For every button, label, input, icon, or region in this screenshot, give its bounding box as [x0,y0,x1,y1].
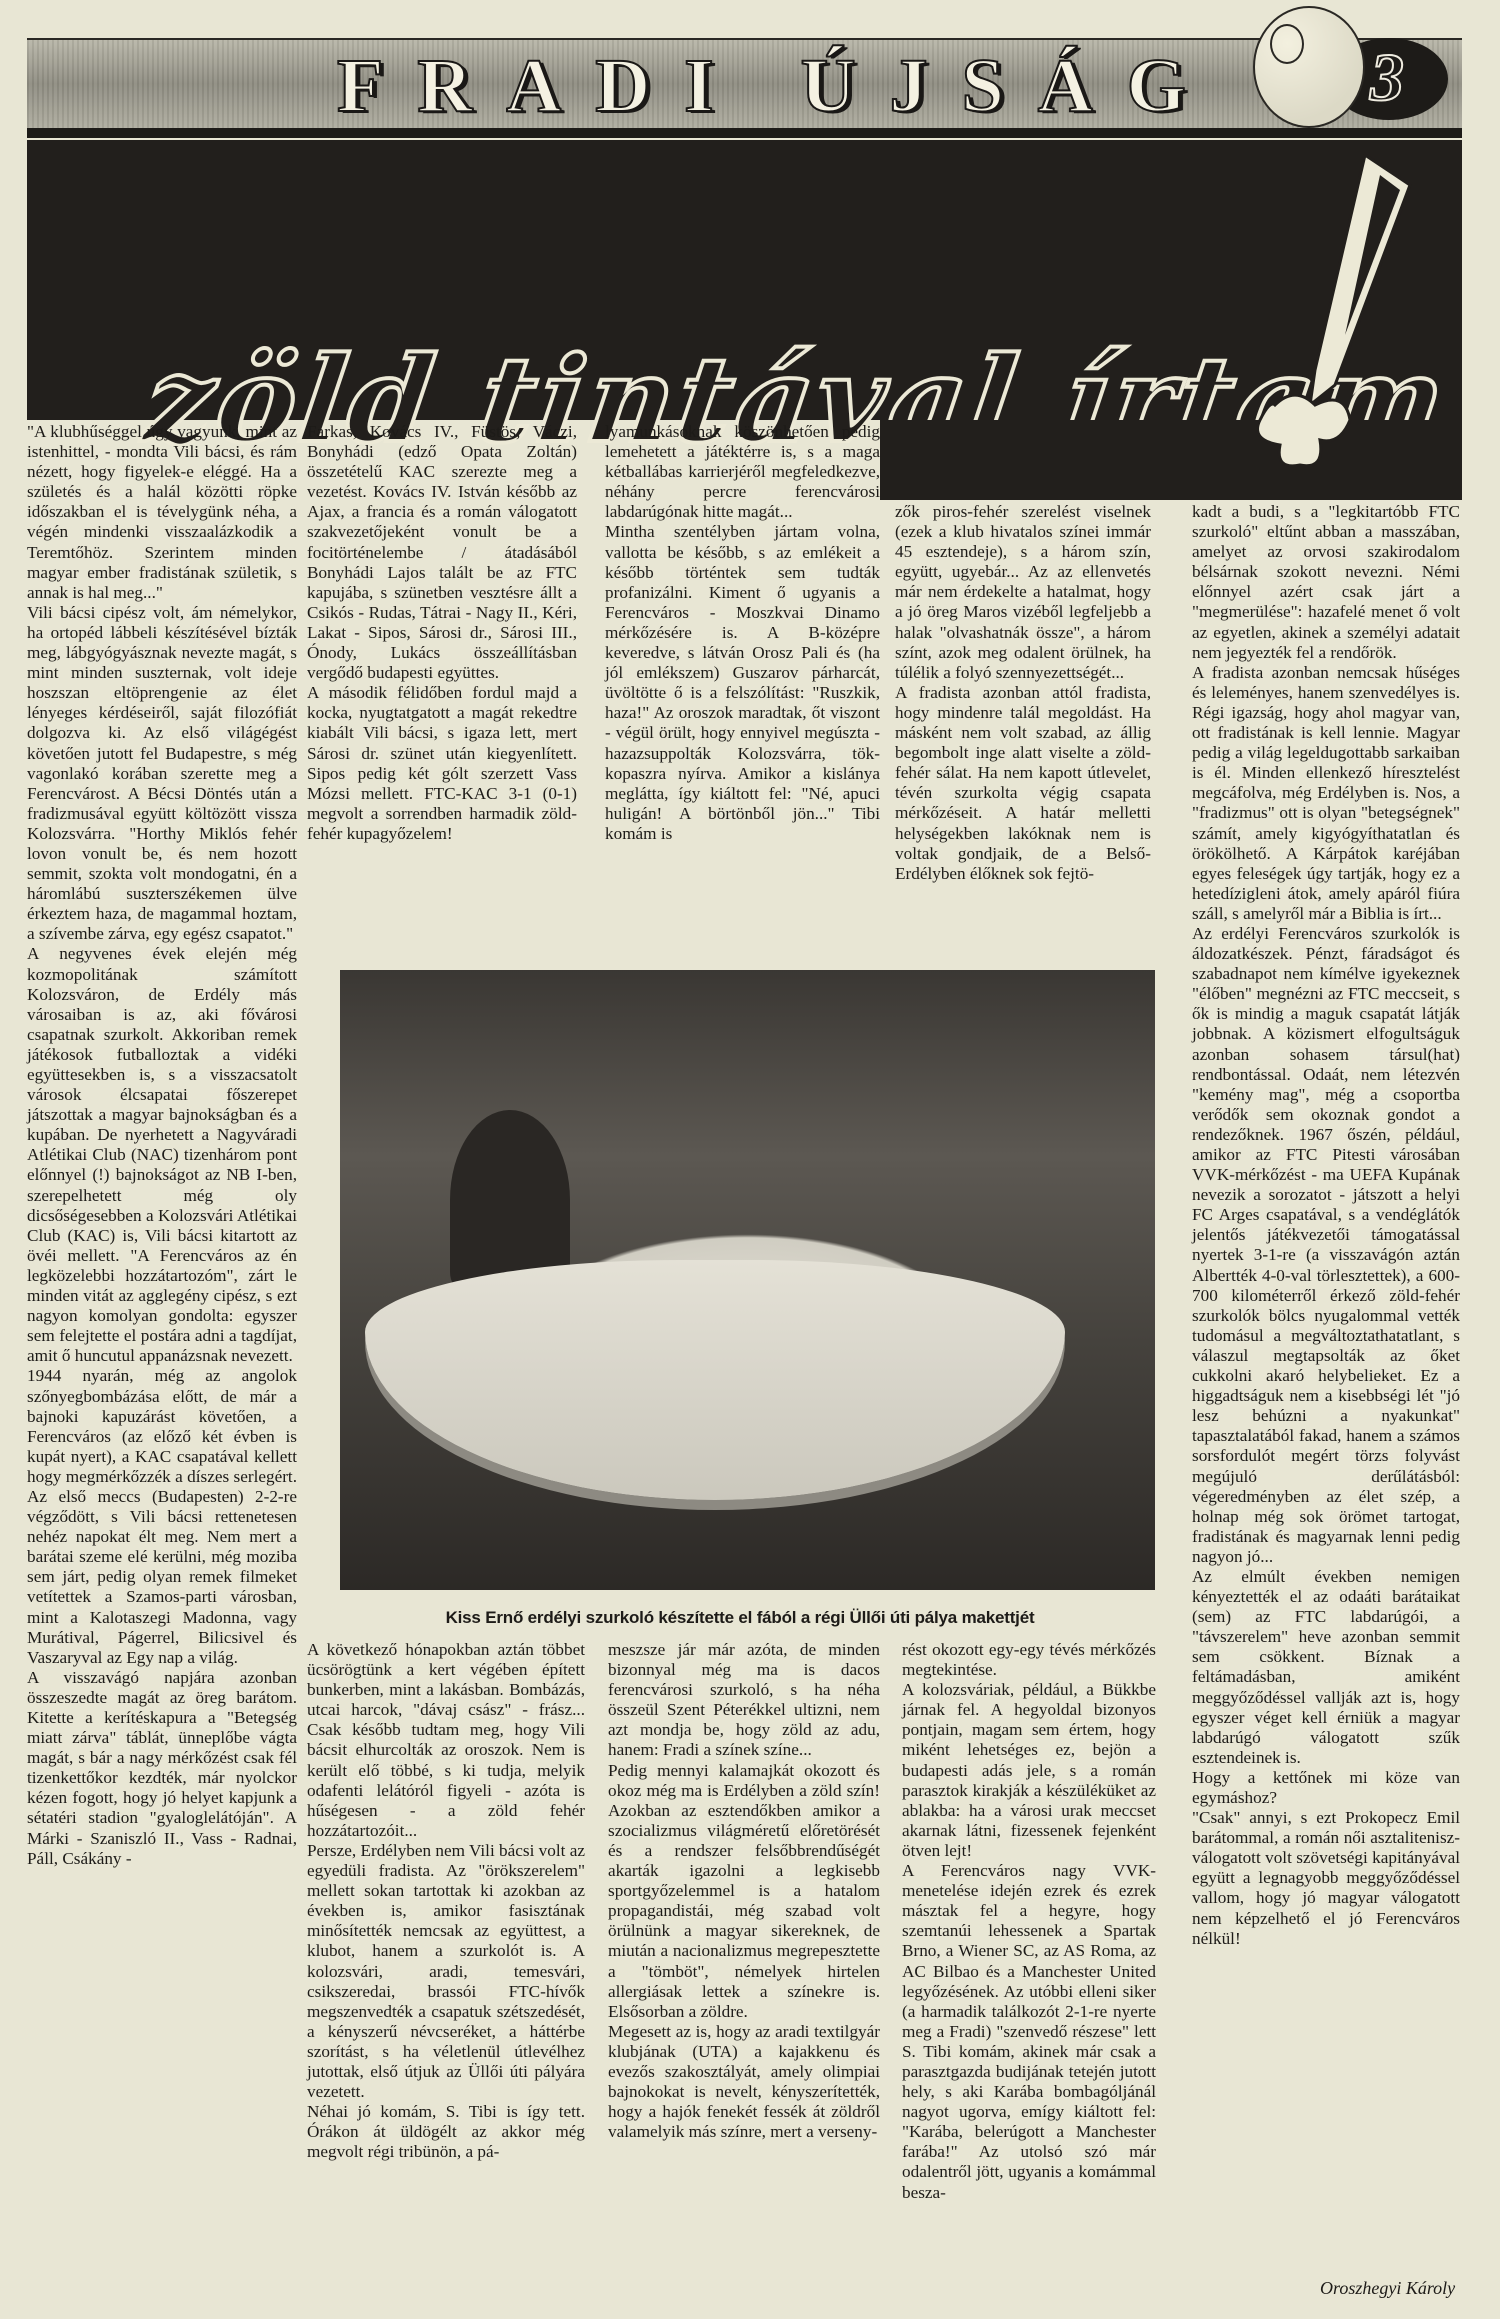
paragraph: A Ferencváros nagy VVK-menetelése idején… [902,1861,1156,2203]
paragraph: Néhai jó komám, S. Tibi is így tett. Órá… [307,2102,585,2162]
photo-caption: Kiss Ernő erdélyi szurkoló készítette el… [330,1608,1150,1628]
article-column-8: rést okozott egy-egy tévés mérkőzés megt… [902,1640,1156,2203]
paragraph: Hogy a kettőnek mi köze van egymáshoz? [1192,1768,1460,1808]
paragraph: A fradista azonban attól fradista, hogy … [895,683,1151,884]
paragraph: lyamunkásoknak köszönhetően pedig lemehe… [605,422,880,522]
author-byline: Oroszhegyi Károly [1320,2278,1455,2299]
paragraph: zők piros-fehér szerelést viselnek (ezek… [895,502,1151,683]
ball-icon [1253,6,1365,128]
paragraph: A fradista azonban nemcsak hűséges és le… [1192,663,1460,924]
article-column-7: meszsze jár már azóta, de minden bizonny… [608,1640,880,2142]
paragraph: "Csak" annyi, s ezt Prokopecz Emil barát… [1192,1808,1460,1949]
paragraph: kadt a budi, s a "legkitartóbb FTC szurk… [1192,502,1460,663]
article-column-6: A következő hónapokban aztán többet ücsö… [307,1640,585,2162]
paragraph: Megesett az is, hogy az aradi textilgyár… [608,2022,880,2143]
paragraph: Persze, Erdélyben nem Vili bácsi volt az… [307,1841,585,2102]
paragraph: meszsze jár már azóta, de minden bizonny… [608,1640,880,1761]
article-column-2: Farkas, Kovács IV., Füstös, Váczi, Bonyh… [307,422,577,844]
fountain-pen-icon [1215,135,1445,475]
paragraph: A negyvenes évek elején még kozmopolitán… [27,944,297,1366]
paragraph: A következő hónapokban aztán többet ücsö… [307,1640,585,1841]
article-column-4: zők piros-fehér szerelést viselnek (ezek… [895,502,1151,884]
paragraph: rést okozott egy-egy tévés mérkőzés megt… [902,1640,1156,1680]
paragraph: A kolozsváriak, például, a Bükkbe járnak… [902,1680,1156,1861]
paragraph: Az elmúlt években nemigen kényeztették e… [1192,1567,1460,1768]
masthead-title: FRADI ÚJSÁG [337,46,1220,126]
article-column-1: "A klubhűséggel úgy vagyunk, mint az ist… [27,422,297,1869]
paragraph: 1944 nyarán, még az angolok szőnyegbombá… [27,1366,297,1667]
masthead: FRADI ÚJSÁG [27,38,1462,130]
paragraph: A második félidőben fordul majd a kocka,… [307,683,577,844]
paragraph: Pedig mennyi kalamajkát okozott és okoz … [608,1761,880,2022]
article-column-5: kadt a budi, s a "legkitartóbb FTC szurk… [1192,502,1460,1949]
paragraph: Az erdélyi Ferencváros szurkolók is áldo… [1192,924,1460,1567]
page-number: 3 [1370,42,1404,112]
article-column-3: lyamunkásoknak köszönhetően pedig lemehe… [605,422,880,844]
photo-stadium-model-shape [365,1260,1065,1500]
paragraph: Mintha szentélyben jártam volna, vallott… [605,522,880,844]
stadium-model-photo [340,970,1155,1590]
paragraph: "A klubhűséggel úgy vagyunk, mint az ist… [27,422,297,603]
paragraph: Vili bácsi cipész volt, ám némelykor, ha… [27,603,297,945]
paragraph: Farkas, Kovács IV., Füstös, Váczi, Bonyh… [307,422,577,683]
photo-trophy-shape [450,1110,570,1290]
paragraph: A visszavágó napjára azonban összeszedte… [27,1668,297,1869]
